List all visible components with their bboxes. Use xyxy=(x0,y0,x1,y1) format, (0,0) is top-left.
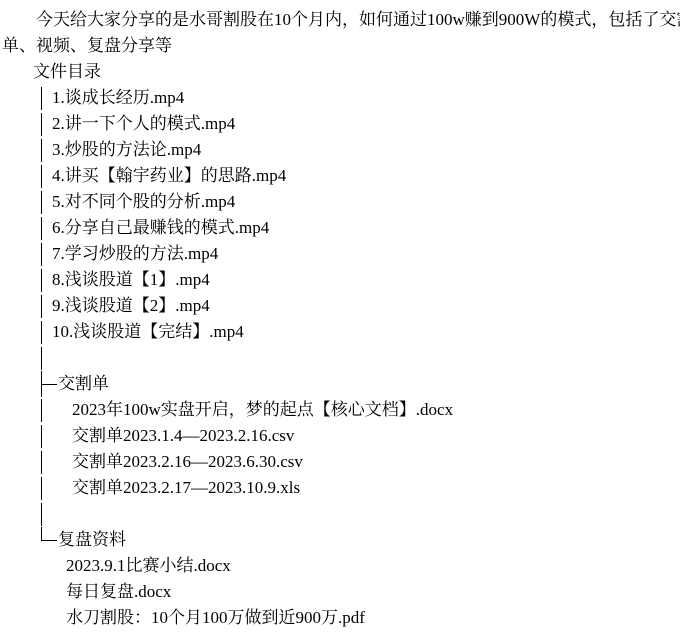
tree-vertical-line xyxy=(41,217,42,240)
video-file-row: 4.讲买【翰宇药业】的思路.mp4 xyxy=(0,163,680,189)
video-file-row: 1.谈成长经历.mp4 xyxy=(0,85,680,111)
tree-connector-row xyxy=(0,345,680,371)
video-file-name: 5.对不同个股的分析.mp4 xyxy=(0,189,680,215)
video-file-row: 6.分享自己最赚钱的模式.mp4 xyxy=(0,215,680,241)
tree-vertical-line xyxy=(41,87,42,110)
video-file-name: 8.浅谈股道【1】.mp4 xyxy=(0,267,680,293)
video-file-name: 3.炒股的方法论.mp4 xyxy=(0,137,680,163)
tree-vertical-line xyxy=(41,295,42,318)
file-row: 交割单2023.2.17—2023.10.9.xls xyxy=(0,475,680,501)
tree-vertical-line xyxy=(41,503,42,526)
file-name: 水刀割股：10个月100万做到近900万.pdf xyxy=(0,605,680,631)
file-name: 交割单2023.1.4—2023.2.16.csv xyxy=(0,423,680,449)
tree-vertical-line xyxy=(41,139,42,162)
video-file-row: 7.学习炒股的方法.mp4 xyxy=(0,241,680,267)
folder-name: 复盘资料 xyxy=(0,527,680,553)
video-file-row: 10.浅谈股道【完结】.mp4 xyxy=(0,319,680,345)
file-name: 每日复盘.docx xyxy=(0,579,680,605)
folder-name: 交割单 xyxy=(0,371,680,397)
intro-text: 单、视频、复盘分享等 xyxy=(0,33,680,59)
video-file-row: 2.讲一下个人的模式.mp4 xyxy=(0,111,680,137)
tree-branch-horizontal xyxy=(41,384,57,385)
file-name: 2023.9.1比赛小结.docx xyxy=(0,553,680,579)
tree-vertical-line xyxy=(41,425,42,448)
tree-vertical-line xyxy=(41,477,42,500)
tree-vertical-line xyxy=(41,269,42,292)
video-file-row: 3.炒股的方法论.mp4 xyxy=(0,137,680,163)
directory-title-row: 文件目录 xyxy=(0,59,680,85)
file-row: 每日复盘.docx xyxy=(0,579,680,605)
intro-line-1: 今天给大家分享的是水哥割股在10个月内，如何通过100w赚到900W的模式，包括… xyxy=(0,7,680,33)
tree-vertical-line xyxy=(41,243,42,266)
tree-vertical-line xyxy=(41,321,42,344)
tree-vertical-line xyxy=(41,165,42,188)
video-file-name: 2.讲一下个人的模式.mp4 xyxy=(0,111,680,137)
tree-vertical-line xyxy=(41,191,42,214)
file-row: 交割单2023.1.4—2023.2.16.csv xyxy=(0,423,680,449)
tree-vertical-line xyxy=(41,451,42,474)
file-name: 交割单2023.2.17—2023.10.9.xls xyxy=(0,475,680,501)
video-file-name: 7.学习炒股的方法.mp4 xyxy=(0,241,680,267)
tree-last-branch-vertical xyxy=(41,527,42,541)
video-file-name: 10.浅谈股道【完结】.mp4 xyxy=(0,319,680,345)
directory-title: 文件目录 xyxy=(0,59,680,85)
tree-last-branch-horizontal xyxy=(41,540,57,541)
file-name: 2023年100w实盘开启，梦的起点【核心文档】.docx xyxy=(0,397,680,423)
tree-vertical-line xyxy=(41,347,42,370)
tree-vertical-line xyxy=(41,399,42,422)
video-file-name: 6.分享自己最赚钱的模式.mp4 xyxy=(0,215,680,241)
folder-row-review-materials: 复盘资料 xyxy=(0,527,680,553)
intro-line-2: 单、视频、复盘分享等 xyxy=(0,33,680,59)
video-file-row: 5.对不同个股的分析.mp4 xyxy=(0,189,680,215)
file-name: 交割单2023.2.16—2023.6.30.csv xyxy=(0,449,680,475)
video-file-name: 1.谈成长经历.mp4 xyxy=(0,85,680,111)
video-file-name: 9.浅谈股道【2】.mp4 xyxy=(0,293,680,319)
video-file-row: 8.浅谈股道【1】.mp4 xyxy=(0,267,680,293)
file-row: 交割单2023.2.16—2023.6.30.csv xyxy=(0,449,680,475)
tree-connector-row xyxy=(0,501,680,527)
video-file-row: 9.浅谈股道【2】.mp4 xyxy=(0,293,680,319)
folder-row-trade-records: 交割单 xyxy=(0,371,680,397)
file-row: 2023.9.1比赛小结.docx xyxy=(0,553,680,579)
video-file-name: 4.讲买【翰宇药业】的思路.mp4 xyxy=(0,163,680,189)
document-page: 今天给大家分享的是水哥割股在10个月内，如何通过100w赚到900W的模式，包括… xyxy=(0,0,680,640)
file-row: 2023年100w实盘开启，梦的起点【核心文档】.docx xyxy=(0,397,680,423)
tree-vertical-line xyxy=(41,113,42,136)
file-row: 水刀割股：10个月100万做到近900万.pdf xyxy=(0,605,680,631)
intro-text: 今天给大家分享的是水哥割股在10个月内，如何通过100w赚到900W的模式，包括… xyxy=(0,7,680,33)
